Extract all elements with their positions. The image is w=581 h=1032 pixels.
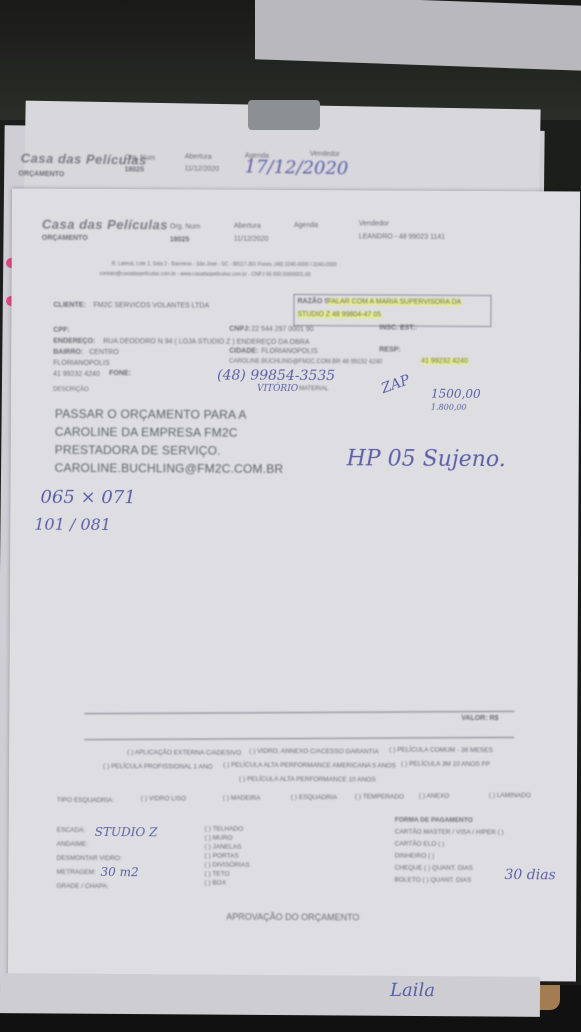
valor-label: VALOR: R$ [461,715,498,722]
option: ( ) PELÍCULA ALTA PERFORMANCE 10 ANOS [239,776,376,784]
payment-option: DINHEIRO ( ) [395,853,435,860]
left-field-label: ESCADA: [57,827,86,834]
email-phone: CAROLINE.BUCHLING@FM2C.COM.BR 48 99232 4… [229,359,382,366]
location-option: ( ) MURO [205,835,233,842]
back-date: 11/12/2020 [184,165,219,173]
razao-box [293,294,491,327]
option: ( ) PELÍCULA 3M 10 ANOS FP [401,761,490,768]
fone-label: FONE: [109,370,131,377]
handwritten-field: STUDIO Z [95,825,158,839]
endereco-value: RUA DEODORO N 94 ( LOJA STUDIO Z ) ENDER… [103,338,309,346]
seller-value: LEANDRO - 48 99023 1141 [359,233,445,240]
back-num-value: 18025 [124,166,144,173]
doc-type: ORÇAMENTO [42,235,88,242]
descricao-label: DESCRIÇÃO [53,387,89,393]
back-open-label: Abertura [185,153,212,160]
glass-type: ( ) LAMINADO [489,792,531,799]
quotation-form: Casa das Películas ORÇAMENTO Org. Num 18… [8,189,580,982]
location-option: ( ) JANELAS [205,844,242,851]
handwritten-note: HP 05 Sujeno. [347,446,506,472]
cnpj-label: CNPJ: [229,326,250,333]
payment-option: CARTÃO MASTER / VISA / HIPER ( ) [395,829,504,837]
num-value: 18025 [170,236,190,243]
resp-label: RESP: [379,346,400,353]
left-field-label: ANDAIME: [57,841,88,848]
location-option: ( ) TELHADO [205,826,244,833]
open-label: Abertura [234,223,261,230]
bairro-label: BAIRRO: [53,349,83,356]
option: ( ) PELÍCULA PROFISSIONAL 1 ANO [103,763,213,771]
cidade-value: FLORIANOPOLIS [261,348,317,355]
left-field-label: DESMONTAR VIDRO: [57,855,122,862]
description-line: CAROLINE.BUCHLING@FM2C.COM.BR [55,461,284,476]
handwritten-amount: 1500,00 [431,387,481,401]
handwritten-amount: 1.800,00 [431,403,467,412]
description-line: CAROLINE DA EMPRESA FM2C [55,425,238,440]
description-line: PRESTADORA DE SERVIÇO. [55,443,221,458]
cnpj-value: 22 544 297 0001 90 [251,326,313,333]
description-line: PASSAR O ORÇAMENTO PARA A [55,407,247,422]
cpf-label: CPF: [53,327,69,334]
handwritten-field: 30 m2 [100,865,138,879]
back-num-label: Org. Num [125,154,155,162]
handwritten-code: 065 × 071 [40,487,135,508]
brand-logo: Casa das Películas [42,217,168,233]
insc-label: INSC. EST.: [379,324,417,331]
background-paper [255,0,581,71]
handwritten-signature: Laila [390,980,435,1001]
endereco-label: ENDEREÇO: [53,338,95,345]
location-option: ( ) TETO [204,871,229,878]
glass-type: ( ) ESQUADRIA [291,794,337,801]
municipio: FLORIANOPOLIS [53,360,109,367]
location-option: ( ) DIVISÓRIAS [205,862,250,869]
seller-label: Vendedor [359,220,389,227]
approval-label: APROVAÇÃO DO ORÇAMENTO [226,912,359,923]
material-label: MATERIAL [299,386,329,392]
divider [84,711,514,714]
glass-type: ( ) MADEIRA [223,795,261,802]
back-handwritten-date: 17/12/2020 [244,156,348,179]
handwritten-phone: (48) 99854-3535 [217,368,335,385]
handwritten-code: 101 / 081 [34,515,111,534]
agenda-label: Agenda [294,222,318,229]
open-value: 11/12/2020 [234,236,269,243]
num-label: Org. Num [170,223,200,230]
glass-type: ( ) ANEXO [419,793,449,800]
glass-type: ( ) VIDRO LISO [141,795,186,802]
bottom-sheet: Laila [0,973,540,1017]
bairro-value: CENTRO [89,349,119,356]
left-field-label: METRAGEM: [56,869,95,876]
location-option: ( ) BOX [204,880,226,887]
option: ( ) PELÍCULA ALTA PERFORMANCE AMERICANA … [223,762,396,770]
handwritten-initials: ZAP [379,372,412,397]
option: ( ) APLICAÇÃO EXTERNA C/ADESIVO [127,749,241,757]
client-label: CLIENTE: [53,302,85,309]
payment-option: CARTÃO ELO ( ) [395,841,445,848]
handwritten-name: VITÓRIO [257,384,298,394]
address-line-2: contato@casadaspeliculas.com.br - www.ca… [100,271,311,278]
glass-type-label: TIPO ESQUADRIA: [57,797,114,804]
option: ( ) PELÍCULA COMUM - 36 MESES [389,747,493,755]
left-field-label: GRADE / CHAPA: [56,883,108,890]
divider [84,737,514,740]
phone: 41 99232 4240 [53,371,100,378]
client-value: FM2C SERVICOS VOLANTES LTDA [93,302,209,310]
option: ( ) VIDRO, ANNEXO C/ACESSO GARANTIA [249,748,379,756]
payment-option: BOLETO ( ) QUANT. DIAS [394,877,471,884]
payment-title: FORMA DE PAGAMENTO [395,817,473,824]
handwritten-boleto: 30 dias [504,867,555,883]
glass-type: ( ) TEMPERADO [355,793,404,800]
clipboard-clip [248,100,320,130]
location-option: ( ) PORTAS [205,853,239,860]
payment-option: CHEQUE ( ) QUANT. DIAS [395,865,473,872]
address-line-1: R. Lateral, Lote 1, Sala 2 - Barreiros -… [112,261,337,268]
cidade-label: CIDADE: [229,348,258,355]
back-doc-type: ORÇAMENTO [18,170,64,178]
phone-highlight: 41 99232 4240 [421,358,468,365]
